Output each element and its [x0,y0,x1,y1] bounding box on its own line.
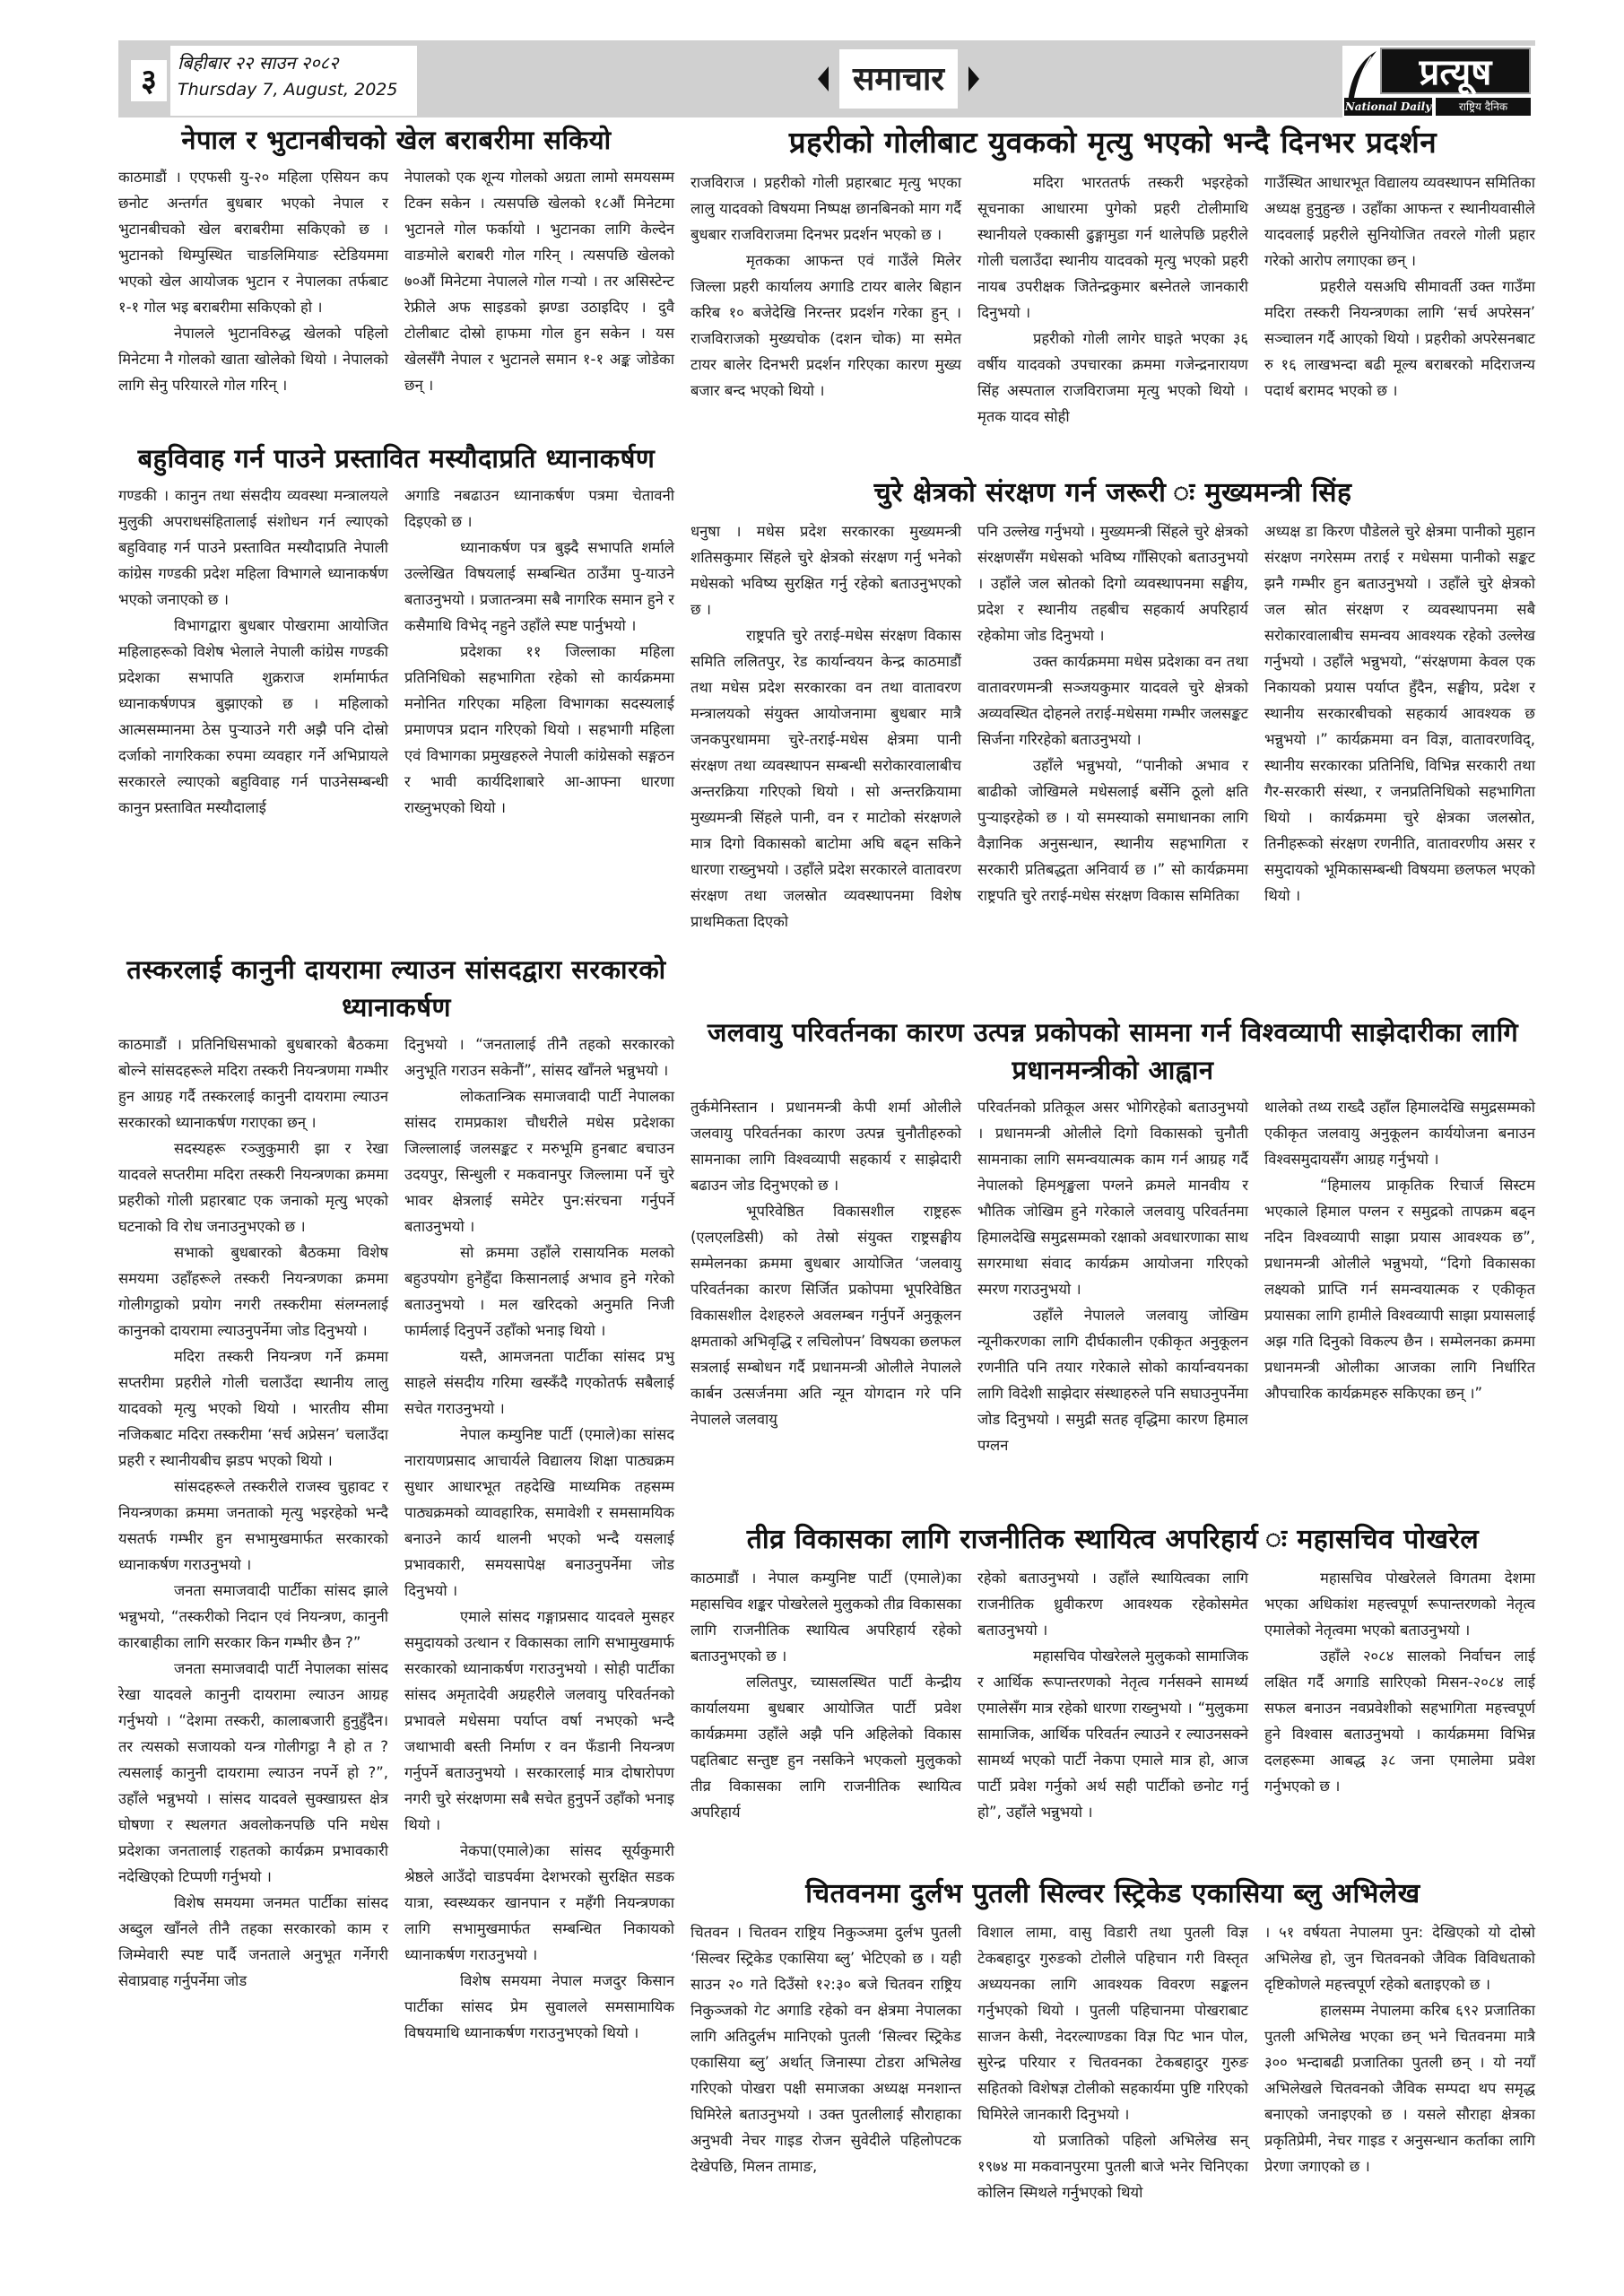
paragraph: मृतकका आफन्त एवं गाउँले मिलेर जिल्ला प्र… [690,248,961,404]
paragraph: सभाको बुधबारको बैठकमा विशेष समयमा उहाँहर… [118,1239,388,1344]
article: तस्करलाई कानुनी दायरामा ल्याउन सांसदद्वा… [118,951,674,2046]
section-header: समाचार [818,49,979,109]
article-headline: बहुविवाह गर्न पाउने प्रस्तावित मस्यौदाप्… [118,439,674,477]
article-column: रहेको बताउनुभयो । उहाँले स्थायित्वका लाग… [977,1565,1248,1825]
paragraph: काठमाडौं । नेपाल कम्युनिष्ट पार्टी (एमाल… [690,1565,961,1669]
paragraph: चितवन । चितवन राष्ट्रिय निकुञ्जमा दुर्लभ… [690,1919,961,2179]
article-column: थालेको तथ्य राख्दै उहाँल हिमालदेखि समुद्… [1264,1094,1535,1458]
article-headline: तस्करलाई कानुनी दायरामा ल्याउन सांसदद्वा… [118,951,674,1026]
paragraph: हालसम्म नेपालमा करिब ६९२ प्रजातिका पुतली… [1264,1997,1535,2179]
paragraph: परिवर्तनको प्रतिकूल असर भोगिरहेको बताउनु… [977,1094,1248,1302]
page-number: ३ [131,60,167,101]
paragraph: उहाँले भन्नुभयो, “पानीको अभाव र बाढीको ज… [977,752,1248,909]
paragraph: दिनुभयो । “जनतालाई तीनै तहको सरकारको अनु… [404,1031,674,1083]
date-nepali: बिहीबार २२ साउन २०८२ [178,49,410,76]
article-headline: नेपाल र भुटानबीचको खेल बराबरीमा सकियो [118,121,674,159]
paragraph: अगाडि नबढाउन ध्यानाकर्षण पत्रमा चेतावनी … [404,483,674,535]
paragraph: महासचिव पोखरेलले विगतमा देशमा भएका अधिका… [1264,1565,1535,1643]
article-columns: तुर्कमेनिस्तान । प्रधानमन्त्री केपी शर्म… [690,1094,1535,1458]
article-columns: काठमाडौं । नेपाल कम्युनिष्ट पार्टी (एमाल… [690,1565,1535,1825]
newspaper-logo: प्रत्यूष National Daily राष्ट्रिय दैनिक [1342,46,1535,117]
article-column: गाउँस्थित आधारभूत विद्यालय व्यवस्थापन सम… [1264,170,1535,430]
article-headline: प्रहरीको गोलीबाट युवकको मृत्यु भएको भन्द… [690,121,1535,164]
paragraph: ध्यानाकर्षण पत्र बुझ्दै सभापति शर्माले उ… [404,535,674,639]
paragraph: मदिरा भारततर्फ तस्करी भइरहेको सूचनाका आध… [977,170,1248,326]
paragraph: विशेष समयमा नेपाल मजदुर किसान पार्टीका स… [404,1968,674,2046]
article-headline: चुरे क्षेत्रको संरक्षण गर्न जरूरी ः मुख्… [690,474,1535,513]
paragraph: काठमाडौं । प्रतिनिधिसभाको बुधबारको बैठकम… [118,1031,388,1135]
article-columns: काठमाडौं । प्रतिनिधिसभाको बुधबारको बैठकम… [118,1031,674,2046]
article-column: मदिरा भारततर्फ तस्करी भइरहेको सूचनाका आध… [977,170,1248,430]
paragraph: “हिमालय प्राकृतिक रिचार्ज सिस्टम भएकाले … [1264,1172,1535,1406]
paragraph: प्रदेशका ११ जिल्लाका महिला प्रतिनिधिको स… [404,639,674,821]
article-column: नेपालको एक शून्य गोलको अग्रता लामो समयसम… [404,164,674,398]
article-column: काठमाडौं । एएफसी यु-२० महिला एसियन कप छन… [118,164,388,398]
section-label: समाचार [839,49,958,109]
article-column: अध्यक्ष डा किरण पौडेलले चुरे क्षेत्रमा प… [1264,518,1535,935]
paragraph: अध्यक्ष डा किरण पौडेलले चुरे क्षेत्रमा प… [1264,518,1535,909]
article: जलवायु परिवर्तनका कारण उत्पन्न प्रकोपको … [690,1013,1535,1458]
paragraph: । ५१ वर्षयता नेपालमा पुन: देखिएको यो दोस… [1264,1919,1535,1997]
paragraph: जनता समाजवादी पार्टीका सांसद झाले भन्नुभ… [118,1578,388,1656]
article-column: । ५१ वर्षयता नेपालमा पुन: देखिएको यो दोस… [1264,1919,1535,2205]
article-column: परिवर्तनको प्रतिकूल असर भोगिरहेको बताउनु… [977,1094,1248,1458]
paragraph: भूपरिवेष्ठित विकासशील राष्ट्रहरू (एलएलडि… [690,1198,961,1432]
article-columns: चितवन । चितवन राष्ट्रिय निकुञ्जमा दुर्लभ… [690,1919,1535,2205]
paragraph: विशाल लामा, वासु विडारी तथा पुतली विज्ञ … [977,1919,1248,2127]
article: प्रहरीको गोलीबाट युवकको मृत्यु भएको भन्द… [690,121,1535,430]
article-column: महासचिव पोखरेलले विगतमा देशमा भएका अधिका… [1264,1565,1535,1825]
article-column: चितवन । चितवन राष्ट्रिय निकुञ्जमा दुर्लभ… [690,1919,961,2205]
paragraph: थालेको तथ्य राख्दै उहाँल हिमालदेखि समुद्… [1264,1094,1535,1172]
article-column: गण्डकी । कानुन तथा संसदीय व्यवस्था मन्त्… [118,483,388,821]
paragraph: लोकतान्त्रिक समाजवादी पार्टी नेपालका सां… [404,1083,674,1239]
article-columns: राजविराज । प्रहरीको गोली प्रहारबाट मृत्य… [690,170,1535,430]
article-headline: तीव्र विकासका लागि राजनीतिक स्थायित्व अप… [690,1520,1535,1560]
article: तीव्र विकासका लागि राजनीतिक स्थायित्व अप… [690,1520,1535,1825]
article-column: तुर्कमेनिस्तान । प्रधानमन्त्री केपी शर्म… [690,1094,961,1458]
paragraph: एमाले सांसद गङ्गाप्रसाद यादवले मुसहर समु… [404,1604,674,1838]
triangle-left-icon [818,66,829,91]
article: चितवनमा दुर्लभ पुतली सिल्वर स्ट्रिकेड एक… [690,1874,1535,2205]
article-column: राजविराज । प्रहरीको गोली प्रहारबाट मृत्य… [690,170,961,430]
paragraph: सांसदहरूले तस्करीले राजस्व चुहावट र नियन… [118,1474,388,1578]
triangle-right-icon [968,66,979,91]
article-columns: धनुषा । मधेस प्रदेश सरकारका मुख्यमन्त्री… [690,518,1535,935]
article-column: काठमाडौं । नेपाल कम्युनिष्ट पार्टी (एमाल… [690,1565,961,1825]
paragraph: उहाँले नेपालले जलवायु जोखिम न्यूनीकरणका … [977,1302,1248,1458]
paragraph: ललितपुर, च्यासलस्थित पार्टी केन्द्रीय का… [690,1669,961,1825]
paragraph: रहेको बताउनुभयो । उहाँले स्थायित्वका लाग… [977,1565,1248,1643]
article-column: विशाल लामा, वासु विडारी तथा पुतली विज्ञ … [977,1919,1248,2205]
logo-tagline-nepali: राष्ट्रिय दैनिक [1436,98,1531,116]
article-columns: काठमाडौं । एएफसी यु-२० महिला एसियन कप छन… [118,164,674,398]
paragraph: राजविराज । प्रहरीको गोली प्रहारबाट मृत्य… [690,170,961,248]
article-column: अगाडि नबढाउन ध्यानाकर्षण पत्रमा चेतावनी … [404,483,674,821]
masthead-bar: ३ बिहीबार २२ साउन २०८२ Thursday 7, Augus… [118,40,1535,117]
article-column: काठमाडौं । प्रतिनिधिसभाको बुधबारको बैठकम… [118,1031,388,2046]
paragraph: सो क्रममा उहाँले रासायनिक मलको बहुउपयोग … [404,1239,674,1344]
article: बहुविवाह गर्न पाउने प्रस्तावित मस्यौदाप्… [118,439,674,821]
paragraph: महासचिव पोखरेलले मुलुकको सामाजिक र आर्थि… [977,1643,1248,1825]
paragraph: प्रहरीले यसअघि सीमावर्ती उक्त गाउँमा मदि… [1264,274,1535,404]
paragraph: गण्डकी । कानुन तथा संसदीय व्यवस्था मन्त्… [118,483,388,613]
paragraph: गाउँस्थित आधारभूत विद्यालय व्यवस्थापन सम… [1264,170,1535,274]
paragraph: जनता समाजवादी पार्टी नेपालका सांसद रेखा … [118,1656,388,1890]
date-box: बिहीबार २२ साउन २०८२ Thursday 7, August,… [170,46,417,116]
paragraph: उक्त कार्यक्रममा मधेस प्रदेशका वन तथा वा… [977,648,1248,752]
paragraph: प्रहरीको गोली लागेर घाइते भएका ३६ वर्षीय… [977,326,1248,430]
article-headline: जलवायु परिवर्तनका कारण उत्पन्न प्रकोपको … [690,1013,1535,1089]
paragraph: यो प्रजातिको पहिलो अभिलेख सन् १९७४ मा मक… [977,2127,1248,2205]
article: चुरे क्षेत्रको संरक्षण गर्न जरूरी ः मुख्… [690,474,1535,935]
paragraph: काठमाडौं । एएफसी यु-२० महिला एसियन कप छन… [118,164,388,320]
logo-tagline-english: National Daily [1344,98,1432,116]
paragraph: विशेष समयमा जनमत पार्टीका सांसद अब्दुल ख… [118,1890,388,1994]
article: नेपाल र भुटानबीचको खेल बराबरीमा सकियोकाठ… [118,121,674,398]
paragraph: यस्तै, आमजनता पार्टीका सांसद प्रभु साहले… [404,1344,674,1422]
paragraph: धनुषा । मधेस प्रदेश सरकारका मुख्यमन्त्री… [690,518,961,622]
paragraph: नेपाल कम्युनिष्ट पार्टी (एमाले)का सांसद … [404,1422,674,1604]
article-headline: चितवनमा दुर्लभ पुतली सिल्वर स्ट्रिकेड एक… [690,1874,1535,1914]
paragraph: उहाँले २०८४ सालको निर्वाचन लाई लक्षित गर… [1264,1643,1535,1799]
paragraph: तुर्कमेनिस्तान । प्रधानमन्त्री केपी शर्म… [690,1094,961,1198]
paragraph: नेपालको एक शून्य गोलको अग्रता लामो समयसम… [404,164,674,398]
paragraph: पनि उल्लेख गर्नुभयो । मुख्यमन्त्री सिंहल… [977,518,1248,648]
paragraph: नेकपा(एमाले)का सांसद सूर्यकुमारी श्रेष्ठ… [404,1838,674,1968]
date-english: Thursday 7, August, 2025 [178,76,410,103]
paragraph: विभागद्वारा बुधबार पोखरामा आयोजित महिलाह… [118,613,388,821]
article-columns: गण्डकी । कानुन तथा संसदीय व्यवस्था मन्त्… [118,483,674,821]
article-column: दिनुभयो । “जनतालाई तीनै तहको सरकारको अनु… [404,1031,674,2046]
paragraph: राष्ट्रपति चुरे तराई-मधेस संरक्षण विकास … [690,622,961,935]
logo-title: प्रत्यूष [1380,48,1531,94]
paragraph: नेपालले भुटानविरुद्ध खेलको पहिलो मिनेटमा… [118,320,388,398]
paragraph: सदस्यहरू रञ्जुकुमारी झा र रेखा यादवले सप… [118,1135,388,1239]
article-column: पनि उल्लेख गर्नुभयो । मुख्यमन्त्री सिंहल… [977,518,1248,935]
article-column: धनुषा । मधेस प्रदेश सरकारका मुख्यमन्त्री… [690,518,961,935]
paragraph: मदिरा तस्करी नियन्त्रण गर्ने क्रममा सप्त… [118,1344,388,1474]
